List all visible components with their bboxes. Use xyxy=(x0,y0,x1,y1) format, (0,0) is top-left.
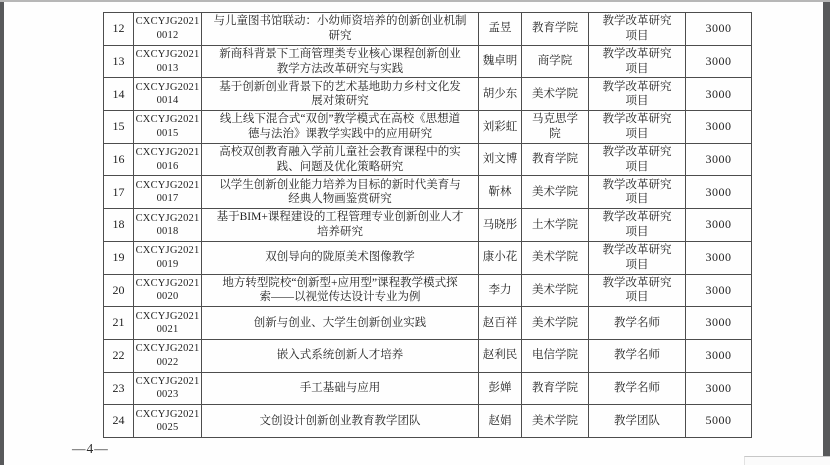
cell-amount: 3000 xyxy=(686,274,752,307)
table-row: 21CXCYJG2021 0021创新与创业、大学生创新创业实践赵百祥美术学院教… xyxy=(104,307,752,340)
cell-project-code: CXCYJG2021 0016 xyxy=(134,143,202,176)
cell-leader-name: 刘彩虹 xyxy=(479,111,522,144)
cell-project-type: 教学团队 xyxy=(589,405,686,438)
cell-project-type: 教学改革研究 项目 xyxy=(589,111,686,144)
cell-leader-name: 赵娟 xyxy=(479,405,522,438)
cell-amount: 3000 xyxy=(686,372,752,405)
page-number: —4— xyxy=(72,441,109,457)
cell-row-number: 17 xyxy=(104,176,134,209)
cell-project-code: CXCYJG2021 0020 xyxy=(134,274,202,307)
table-row: 24CXCYJG2021 0025文创设计创新创业教育教学团队赵娟美术学院教学团… xyxy=(104,405,752,438)
table-row: 20CXCYJG2021 0020地方转型院校“创新型+应用型”课程教学模式探 … xyxy=(104,274,752,307)
cell-leader-name: 魏卓明 xyxy=(479,45,522,78)
cell-college: 美术学院 xyxy=(522,307,589,340)
cell-project-code: CXCYJG2021 0014 xyxy=(134,78,202,111)
cell-college: 电信学院 xyxy=(522,339,589,372)
cell-row-number: 12 xyxy=(104,13,134,46)
cell-amount: 3000 xyxy=(686,339,752,372)
cell-row-number: 24 xyxy=(104,405,134,438)
cell-project-code: CXCYJG2021 0023 xyxy=(134,372,202,405)
cell-project-title: 双创导向的陇原美术图像教学 xyxy=(202,241,479,274)
cell-amount: 3000 xyxy=(686,13,752,46)
cell-row-number: 23 xyxy=(104,372,134,405)
cell-college: 土木学院 xyxy=(522,209,589,242)
cell-amount: 3000 xyxy=(686,45,752,78)
cell-project-title: 与儿童图书馆联动：小幼师资培养的创新创业机制 研究 xyxy=(202,13,479,46)
table-row: 14CXCYJG2021 0014基于创新创业背景下的艺术基地助力乡村文化发 展… xyxy=(104,78,752,111)
cell-college: 教育学院 xyxy=(522,372,589,405)
table-row: 15CXCYJG2021 0015线上线下混合式“双创”教学模式在高校《思想道 … xyxy=(104,111,752,144)
table-row: 22CXCYJG2021 0022嵌入式系统创新人才培养赵利民电信学院教学名师3… xyxy=(104,339,752,372)
table-row: 19CXCYJG2021 0019双创导向的陇原美术图像教学康小花美术学院教学改… xyxy=(104,241,752,274)
table-row: 13CXCYJG2021 0013新商科背景下工商管理类专业核心课程创新创业 教… xyxy=(104,45,752,78)
cell-project-type: 教学改革研究 项目 xyxy=(589,143,686,176)
table-row: 18CXCYJG2021 0018基于BIM+课程建设的工程管理专业创新创业人才… xyxy=(104,209,752,242)
cell-leader-name: 康小花 xyxy=(479,241,522,274)
cell-project-code: CXCYJG2021 0013 xyxy=(134,45,202,78)
cell-amount: 3000 xyxy=(686,176,752,209)
cell-leader-name: 孟昱 xyxy=(479,13,522,46)
cell-row-number: 19 xyxy=(104,241,134,274)
scrollbar-corner xyxy=(744,456,830,465)
cell-amount: 3000 xyxy=(686,143,752,176)
cell-college: 美术学院 xyxy=(522,176,589,209)
page-right-edge-shadow xyxy=(823,0,830,465)
cell-row-number: 15 xyxy=(104,111,134,144)
cell-project-type: 教学改革研究 项目 xyxy=(589,78,686,111)
projects-table-body: 12CXCYJG2021 0012与儿童图书馆联动：小幼师资培养的创新创业机制 … xyxy=(104,13,752,438)
cell-project-title: 手工基础与应用 xyxy=(202,372,479,405)
cell-leader-name: 赵利民 xyxy=(479,339,522,372)
cell-leader-name: 彭婵 xyxy=(479,372,522,405)
cell-project-title: 新商科背景下工商管理类专业核心课程创新创业 教学方法改革研究与实践 xyxy=(202,45,479,78)
cell-project-type: 教学改革研究 项目 xyxy=(589,13,686,46)
cell-amount: 5000 xyxy=(686,405,752,438)
cell-project-title: 地方转型院校“创新型+应用型”课程教学模式探 索——以视觉传达设计专业为例 xyxy=(202,274,479,307)
cell-project-type: 教学名师 xyxy=(589,372,686,405)
cell-row-number: 14 xyxy=(104,78,134,111)
cell-project-code: CXCYJG2021 0021 xyxy=(134,307,202,340)
cell-college: 教育学院 xyxy=(522,143,589,176)
cell-row-number: 21 xyxy=(104,307,134,340)
page-left-edge-shadow xyxy=(0,0,4,465)
cell-college: 教育学院 xyxy=(522,13,589,46)
cell-leader-name: 刘文博 xyxy=(479,143,522,176)
cell-project-title: 嵌入式系统创新人才培养 xyxy=(202,339,479,372)
table-row: 23CXCYJG2021 0023手工基础与应用彭婵教育学院教学名师3000 xyxy=(104,372,752,405)
cell-leader-name: 胡少东 xyxy=(479,78,522,111)
cell-project-title: 高校双创教育融入学前儿童社会教育课程中的实 践、问题及优化策略研究 xyxy=(202,143,479,176)
cell-project-type: 教学改革研究 项目 xyxy=(589,209,686,242)
cell-project-type: 教学名师 xyxy=(589,307,686,340)
cell-project-type: 教学改革研究 项目 xyxy=(589,45,686,78)
cell-project-code: CXCYJG2021 0015 xyxy=(134,111,202,144)
cell-project-title: 以学生创新创业能力培养为目标的新时代美育与 经典人物画鉴赏研究 xyxy=(202,176,479,209)
cell-row-number: 20 xyxy=(104,274,134,307)
cell-leader-name: 靳林 xyxy=(479,176,522,209)
cell-project-code: CXCYJG2021 0017 xyxy=(134,176,202,209)
cell-amount: 3000 xyxy=(686,78,752,111)
table-row: 16CXCYJG2021 0016高校双创教育融入学前儿童社会教育课程中的实 践… xyxy=(104,143,752,176)
top-border-line xyxy=(0,0,830,2)
cell-amount: 3000 xyxy=(686,209,752,242)
cell-amount: 3000 xyxy=(686,241,752,274)
cell-college: 马克思学 院 xyxy=(522,111,589,144)
cell-project-title: 线上线下混合式“双创”教学模式在高校《思想道 德与法治》课教学实践中的应用研究 xyxy=(202,111,479,144)
cell-project-title: 创新与创业、大学生创新创业实践 xyxy=(202,307,479,340)
table-row: 12CXCYJG2021 0012与儿童图书馆联动：小幼师资培养的创新创业机制 … xyxy=(104,13,752,46)
cell-project-code: CXCYJG2021 0018 xyxy=(134,209,202,242)
cell-project-code: CXCYJG2021 0019 xyxy=(134,241,202,274)
cell-row-number: 13 xyxy=(104,45,134,78)
cell-row-number: 16 xyxy=(104,143,134,176)
projects-table: 12CXCYJG2021 0012与儿童图书馆联动：小幼师资培养的创新创业机制 … xyxy=(103,12,752,438)
cell-project-title: 基于创新创业背景下的艺术基地助力乡村文化发 展对策研究 xyxy=(202,78,479,111)
cell-leader-name: 赵百祥 xyxy=(479,307,522,340)
cell-project-type: 教学改革研究 项目 xyxy=(589,274,686,307)
cell-project-title: 文创设计创新创业教育教学团队 xyxy=(202,405,479,438)
table-row: 17CXCYJG2021 0017以学生创新创业能力培养为目标的新时代美育与 经… xyxy=(104,176,752,209)
cell-project-code: CXCYJG2021 0022 xyxy=(134,339,202,372)
cell-project-code: CXCYJG2021 0025 xyxy=(134,405,202,438)
cell-college: 美术学院 xyxy=(522,78,589,111)
cell-amount: 3000 xyxy=(686,307,752,340)
cell-project-title: 基于BIM+课程建设的工程管理专业创新创业人才 培养研究 xyxy=(202,209,479,242)
cell-project-code: CXCYJG2021 0012 xyxy=(134,13,202,46)
cell-leader-name: 李力 xyxy=(479,274,522,307)
cell-project-type: 教学改革研究 项目 xyxy=(589,176,686,209)
cell-project-type: 教学名师 xyxy=(589,339,686,372)
cell-leader-name: 马晓彤 xyxy=(479,209,522,242)
cell-project-type: 教学改革研究 项目 xyxy=(589,241,686,274)
cell-row-number: 18 xyxy=(104,209,134,242)
cell-college: 美术学院 xyxy=(522,405,589,438)
cell-college: 美术学院 xyxy=(522,274,589,307)
scanned-document-screen: { "page": { "background": "#fefefe", "ed… xyxy=(0,0,830,465)
cell-college: 美术学院 xyxy=(522,241,589,274)
cell-college: 商学院 xyxy=(522,45,589,78)
cell-row-number: 22 xyxy=(104,339,134,372)
cell-amount: 3000 xyxy=(686,111,752,144)
